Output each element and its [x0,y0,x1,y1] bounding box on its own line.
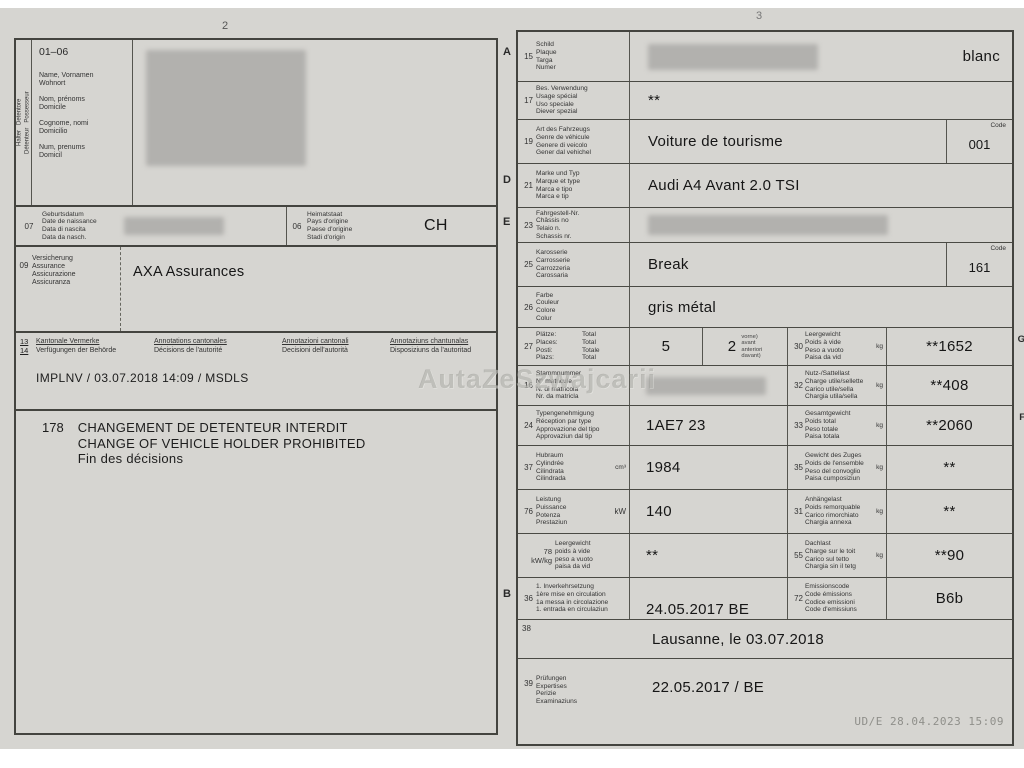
total-weight-labels: Gesamtgewicht Poids total Peso totale Pa… [805,410,850,440]
seats-total-labels: Total Total Totale Total [582,331,600,361]
field-37-number: 37 [521,463,536,472]
empty-weight-field: 30 Leergewicht Poids à vide Peso a vuoto… [788,328,1012,365]
power-label-cell: 76 Leistung Puissance Potenza Prestaziun… [518,490,630,533]
vehicle-registration-scan: 2 3 AutaZeSzwajcarii Halter Detentore Dé… [0,0,1024,768]
vehicle-type-row: 19 Art des Fahrzeugs Genre de véhicule G… [518,120,1012,164]
firstregistration-emissions-row: B 36 1. Inverkehrsetzung 1ère mise en ci… [518,578,1012,620]
redacted-chassis-number [648,215,888,235]
vehicle-panel: A 15 Schild Plaque Targa Numer blanc 17 … [516,30,1014,746]
body-label-cell: 25 Karosserie Carrosserie Carrozzeria Ca… [518,243,630,286]
special-use-value-cell: ** [630,82,1012,119]
special-use-label-cell: 17 Bes. Verwendung Usage spécial Uso spe… [518,82,630,119]
issue-place-row: 38 Lausanne, le 03.07.2018 [518,620,1012,659]
code-label: Code [990,122,1006,129]
roof-load-labels: Dachlast Charge sur le toit Carico sul t… [805,540,856,570]
field-35-number: 35 [790,463,805,472]
color-row: 26 Farbe Couleur Colore Colur gris métal [518,287,1012,328]
decision-text: CHANGEMENT DE DETENTEUR INTERDIT CHANGE … [78,420,366,467]
insurance-row: 09 Versicherung Assurance Assicurazione … [16,247,496,333]
first-registration-value: 24.05.2017 BE [646,601,749,618]
insurance-labels: Versicherung Assurance Assicurazione Ass… [32,247,120,331]
plate-color-value: blanc [963,48,1012,65]
displacement-value: 1984 [646,459,681,476]
field-16-number: 16 [521,381,536,390]
remarks-header-rm-line2: Disposiziuns da l'autoritad [390,347,471,354]
section-divider [16,409,496,411]
name-label-fr: Nom, prénoms Domicile [39,96,130,112]
roof-load-label-cell: 55 Dachlast Charge sur le toit Carico su… [788,534,887,577]
vehicle-type-labels: Art des Fahrzeugs Genre de véhicule Gene… [536,126,591,156]
emissions-code-field: 72 Emissionscode Code émissions Codice e… [788,578,1012,619]
power-weight-value: ** [646,547,658,564]
field-36-number: 36 [521,594,536,603]
plate-labels: Schild Plaque Targa Numer [536,41,557,71]
field-76-number: 76 [521,507,536,516]
emissions-code-value: B6b [936,590,964,607]
power-field: 76 Leistung Puissance Potenza Prestaziun… [518,490,788,533]
empty-weight-value: **1652 [926,338,973,355]
scan-timestamp-stamp: UD/E 28.04.2023 15:09 [854,715,1004,728]
section-letter-g: G [1018,334,1024,345]
remarks-header-fr-line2: Décisions de l'autorité [154,347,222,354]
tow-weight-value: ** [943,503,955,520]
body-code: 161 [969,254,991,275]
roof-load-unit: kg [876,552,886,559]
redacted-holder-name [146,50,306,166]
serial-field: 16 Stammnummer N° matricule N. di matric… [518,366,788,405]
field-13-14-numbers: 13 14 [20,338,36,355]
color-value-cell: gris métal [630,287,1012,327]
holder-vertical-label-de-it: Halter Detentore [16,40,24,205]
color-labels: Farbe Couleur Colore Colur [536,292,559,322]
section-letter-e: E [503,216,510,228]
inspection-row: 39 Prüfungen Expertises Perizie Examinaz… [518,659,1012,744]
section-letter-f: F [1019,412,1024,423]
remarks-header-it: Annotazioni cantonali Decisioni dell'aut… [282,338,390,355]
issue-place-value-cell: Lausanne, le 03.07.2018 [518,620,1012,658]
cantonal-remarks-section: 13 14 Kantonale Vermerke Verfügungen der… [16,333,496,467]
field-24-number: 24 [521,421,536,430]
chassis-labels: Fahrgestell-Nr. Châssis no Telaio n. Sch… [536,210,579,240]
first-registration-labels: 1. Inverkehrsetzung 1ère mise en circula… [536,583,608,613]
registry-entry: IMPLNV / 03.07.2018 14:09 / MSDLS [36,371,496,385]
field-33-number: 33 [790,421,805,430]
vehicle-type-value-cell: Voiture de tourisme [630,120,946,163]
plate-value-cell: blanc [630,32,1012,81]
holder-vertical-label-fr-rm: Détenteur Possesseur [24,40,32,205]
field-32-number: 32 [790,381,805,390]
inspection-value: 22.05.2017 / BE [652,679,764,696]
inspection-labels: Prüfungen Expertises Perizie Examinaziun… [536,669,577,705]
field-72-number: 72 [790,594,805,603]
serial-payload-row: 16 Stammnummer N° matricule N. di matric… [518,366,1012,406]
seats-total-value: 5 [662,338,671,355]
power-value: 140 [646,503,672,520]
field-07-number: 07 [16,222,42,231]
type-approval-label-cell: 24 Typengenehmigung Réception par type A… [518,406,630,445]
power-weight-label-cell: 78 kW/kg Leergewicht poids à vide peso a… [518,534,630,577]
empty-weight-unit: kg [876,343,886,350]
first-registration-field: 36 1. Inverkehrsetzung 1ère mise en circ… [518,578,788,619]
total-weight-label-cell: 33 Gesamtgewicht Poids total Peso totale… [788,406,887,445]
displacement-value-cell: 1984 [630,446,787,489]
power-labels: Leistung Puissance Potenza Prestaziun [536,496,567,526]
empty-weight-value-cell: **1652 [887,328,1012,365]
section-letter-d: D [503,174,511,186]
tow-weight-labels: Anhängelast Poids remorquable Carico rim… [805,496,860,526]
seats-labels: Plätze: Places: Posti: Plazs: [536,331,572,361]
remarks-header-fr-line1: Annotations cantonales [154,338,282,347]
body-row: 25 Karosserie Carrosserie Carrozzeria Ca… [518,243,1012,287]
make-type-value-cell: Audi A4 Avant 2.0 TSI [630,164,1012,207]
field-38-number: 38 [522,624,531,633]
emissions-code-value-cell: B6b [887,578,1012,619]
emissions-code-labels: Emissionscode Code émissions Codice emis… [805,583,857,613]
chassis-row: E 23 Fahrgestell-Nr. Châssis no Telaio n… [518,208,1012,243]
plate-row: A 15 Schild Plaque Targa Numer blanc [518,32,1012,82]
type-approval-labels: Typengenehmigung Réception par type Appr… [536,410,599,440]
special-use-row: 17 Bes. Verwendung Usage spécial Uso spe… [518,82,1012,120]
left-page-number: 2 [222,20,228,32]
remarks-header-de: Kantonale Vermerke Verfügungen der Behör… [36,338,154,355]
plate-label-cell: 15 Schild Plaque Targa Numer [518,32,630,81]
special-use-value: ** [648,92,660,109]
make-type-label-cell: 21 Marke und Typ Marque et type Marca e … [518,164,630,207]
vehicle-type-code: 001 [969,131,991,152]
make-type-row: D 21 Marke und Typ Marque et type Marca … [518,164,1012,208]
field-26-number: 26 [521,303,536,312]
color-label-cell: 26 Farbe Couleur Colore Colur [518,287,630,327]
typeapproval-totalweight-row: F 24 Typengenehmigung Réception par type… [518,406,1012,446]
color-value: gris métal [648,299,716,316]
holder-name-section: Halter Detentore Détenteur Possesseur 01… [16,40,496,207]
make-type-value: Audi A4 Avant 2.0 TSI [648,177,800,194]
tow-weight-unit: kg [876,508,886,515]
remarks-header-it-line1: Annotazioni cantonali [282,338,390,347]
displacement-field: 37 Hubraum Cylindrée Cilindrata Cilindra… [518,446,788,489]
chassis-label-cell: 23 Fahrgestell-Nr. Châssis no Telaio n. … [518,208,630,242]
payload-value: **408 [930,377,968,394]
origin-country-value: CH [424,217,496,235]
vehicle-type-code-cell: Code 001 [946,120,1012,163]
redacted-plate-number [648,44,818,70]
train-weight-label-cell: 35 Gewicht des Zuges Poids de l'ensemble… [788,446,887,489]
insurance-value: AXA Assurances [133,264,244,280]
displacement-label-cell: 37 Hubraum Cylindrée Cilindrata Cilindra… [518,446,630,489]
issue-place-value: Lausanne, le 03.07.2018 [652,631,824,648]
type-approval-value-cell: 1AE7 23 [630,406,787,445]
total-weight-unit: kg [876,422,886,429]
code-label: Code [990,245,1006,252]
displacement-trainweight-row: 37 Hubraum Cylindrée Cilindrata Cilindra… [518,446,1012,490]
seats-label-cell: 27 Plätze: Places: Posti: Plazs: Total T… [518,328,630,365]
seats-front-cell: 2 vorne) avant anteriori davant) [703,328,788,365]
payload-field: 32 Nutz-/Sattellast Charge utile/sellett… [788,366,1012,405]
body-code-cell: Code 161 [946,243,1012,286]
origin-country-labels: Heimatstaat Pays d'origine Paese d'origi… [307,211,424,241]
roof-load-field: 55 Dachlast Charge sur le toit Carico su… [788,534,1012,577]
tow-weight-value-cell: ** [887,490,1012,533]
serial-value-cell [630,366,787,405]
payload-value-cell: **408 [887,366,1012,405]
field-09-number: 09 [16,247,32,331]
field-range-label: 01–06 [39,46,130,58]
field-15-number: 15 [521,52,536,61]
make-type-labels: Marke und Typ Marque et type Marca e tip… [536,170,580,200]
field-25-number: 25 [521,260,536,269]
first-registration-value-cell: 24.05.2017 BE [630,578,787,619]
chassis-value-cell [630,208,1012,242]
type-approval-field: 24 Typengenehmigung Réception par type A… [518,406,788,445]
seats-front-value: 2 [728,338,737,355]
seats-total-cell: 5 [630,328,703,365]
displacement-unit: cm³ [615,464,629,471]
power-towweight-row: 76 Leistung Puissance Potenza Prestaziun… [518,490,1012,534]
power-value-cell: 140 [630,490,787,533]
birthdate-origin-row: 07 Geburtsdatum Date de naissance Data d… [16,207,496,247]
section-letter-b: B [503,588,511,600]
redacted-serial-number [646,377,766,395]
field-27-number: 27 [521,342,536,351]
train-weight-value: ** [943,459,955,476]
field-19-number: 19 [521,137,536,146]
body-value: Break [648,256,689,273]
serial-label-cell: 16 Stammnummer N° matricule N. di matric… [518,366,630,405]
vehicle-type-value: Voiture de tourisme [648,133,783,150]
power-weight-value-cell: ** [630,534,787,577]
name-label-de: Name, Vornamen Wohnort [39,72,130,88]
train-weight-value-cell: ** [887,446,1012,489]
train-weight-field: 35 Gewicht des Zuges Poids de l'ensemble… [788,446,1012,489]
tow-weight-field: 31 Anhängelast Poids remorquable Carico … [788,490,1012,533]
train-weight-unit: kg [876,464,886,471]
body-value-cell: Break [630,243,946,286]
seats-emptyweight-row: G 27 Plätze: Places: Posti: Plazs: Total… [518,328,1012,366]
roof-load-value-cell: **90 [887,534,1012,577]
section-letter-a: A [503,46,511,58]
body-labels: Karosserie Carrosserie Carrozzeria Caros… [536,249,570,279]
train-weight-labels: Gewicht des Zuges Poids de l'ensemble Pe… [805,452,864,482]
field-21-number: 21 [521,181,536,190]
cantonal-remarks-header: 13 14 Kantonale Vermerke Verfügungen der… [16,338,496,355]
special-use-labels: Bes. Verwendung Usage spécial Uso specia… [536,85,588,115]
roof-load-value: **90 [935,547,965,564]
first-registration-label-cell: 36 1. Inverkehrsetzung 1ère mise en circ… [518,578,630,619]
remarks-header-de-line2: Verfügungen der Behörde [36,347,116,354]
payload-label-cell: 32 Nutz-/Sattellast Charge utile/sellett… [788,366,887,405]
empty-weight-labels: Leergewicht Poids à vide Peso a vuoto Pa… [805,331,844,361]
displacement-labels: Hubraum Cylindrée Cilindrata Cilindrada [536,452,566,482]
payload-labels: Nutz-/Sattellast Charge utile/sellette C… [805,370,863,400]
seats-front-note: vorne) avant anteriori davant) [741,334,762,360]
remarks-header-rm-line1: Annotaziuns chantunalas [390,338,496,347]
power-weight-field: 78 kW/kg Leergewicht poids à vide peso a… [518,534,788,577]
redacted-birthdate [124,217,224,235]
holder-panel: Halter Detentore Détenteur Possesseur 01… [14,38,498,735]
field-78-number: 78 kW/kg [521,547,555,565]
name-label-rm: Num, prenums Domicil [39,144,130,160]
remarks-header-de-line1: Kantonale Vermerke [36,338,154,347]
emissions-code-label-cell: 72 Emissionscode Code émissions Codice e… [788,578,887,619]
field-23-number: 23 [521,221,536,230]
origin-country-cell: 06 Heimatstaat Pays d'origine Paese d'or… [286,207,496,245]
field-39-number: 39 [521,669,536,688]
holder-field-labels: 01–06 Name, Vornamen Wohnort Nom, prénom… [32,40,133,205]
insurance-value-cell: AXA Assurances [120,247,496,331]
name-label-it: Cognome, nomi Domicilio [39,120,130,136]
serial-labels: Stammnummer N° matricule N. di matricola… [536,370,581,400]
remarks-header-it-line2: Decisioni dell'autorità [282,347,348,354]
payload-unit: kg [876,382,886,389]
power-weight-labels: Leergewicht poids à vide peso a vuoto pa… [555,540,593,570]
total-weight-field: 33 Gesamtgewicht Poids total Peso totale… [788,406,1012,445]
powerweight-roofload-row: 78 kW/kg Leergewicht poids à vide peso a… [518,534,1012,578]
total-weight-value-cell: **2060 [887,406,1012,445]
tow-weight-label-cell: 31 Anhängelast Poids remorquable Carico … [788,490,887,533]
type-approval-value: 1AE7 23 [646,417,706,434]
field-55-number: 55 [790,551,805,560]
birthdate-labels: Geburtsdatum Date de naissance Data di n… [42,211,118,241]
field-30-number: 30 [790,342,805,351]
power-unit: kW [614,507,629,516]
vehicle-type-label-cell: 19 Art des Fahrzeugs Genre de véhicule G… [518,120,630,163]
field-06-number: 06 [287,222,307,231]
inspection-value-cell: 22.05.2017 / BE [630,659,1012,744]
holder-vertical-strip: Halter Detentore Détenteur Possesseur [16,40,32,205]
remarks-header-rm: Annotaziuns chantunalas Disposiziuns da … [390,338,496,355]
total-weight-value: **2060 [926,417,973,434]
field-17-number: 17 [521,96,536,105]
remarks-header-fr: Annotations cantonales Décisions de l'au… [154,338,282,355]
empty-weight-label-cell: 30 Leergewicht Poids à vide Peso a vuoto… [788,328,887,365]
decision-code: 178 [42,420,64,467]
field-31-number: 31 [790,507,805,516]
inspection-label-cell: 39 Prüfungen Expertises Perizie Examinaz… [518,659,630,744]
scanned-document: 2 3 AutaZeSzwajcarii Halter Detentore Dé… [0,8,1024,749]
decision-block: 178 CHANGEMENT DE DETENTEUR INTERDIT CHA… [42,420,496,467]
right-page-number: 3 [756,10,762,22]
